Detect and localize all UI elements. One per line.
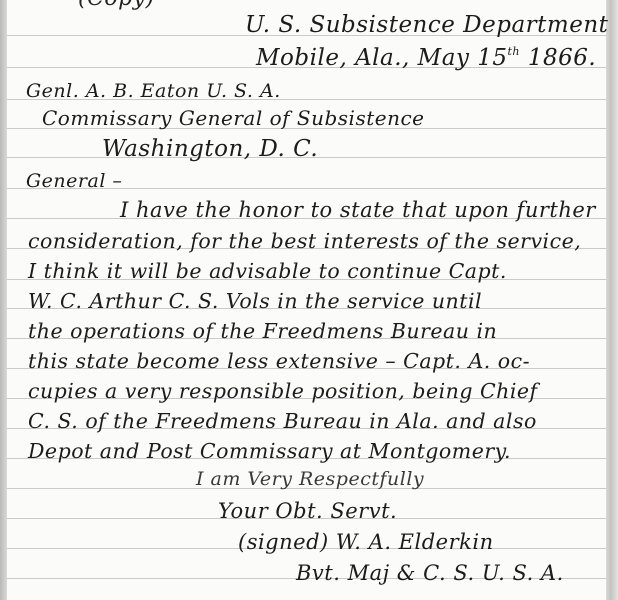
year: 1866. [520, 45, 596, 71]
body-line: Depot and Post Commissary at Montgomery. [28, 439, 511, 463]
recipient-name: Genl. A. B. Eaton U. S. A. [26, 80, 281, 102]
salutation: General – [26, 170, 122, 192]
copy-mark: (Copy) [78, 0, 155, 11]
place-date: Mobile, Ala., May 15 [256, 45, 508, 71]
body-line: W. C. Arthur C. S. Vols in the service u… [28, 289, 482, 313]
closing-servant: Your Obt. Servt. [218, 499, 397, 523]
letterhead-place-date: Mobile, Ala., May 15th 1866. [256, 45, 596, 71]
date-suffix: th [508, 45, 521, 58]
body-line: I have the honor to state that upon furt… [120, 198, 596, 222]
body-line: the operations of the Freedmens Bureau i… [28, 319, 497, 343]
letter-page: (Copy) U. S. Subsistence Department Mobi… [0, 0, 618, 600]
signer-rank: Bvt. Maj & C. S. U. S. A. [296, 561, 564, 585]
body-line: cupies a very responsible position, bein… [28, 379, 538, 403]
body-line: C. S. of the Freedmens Bureau in Ala. an… [28, 409, 537, 433]
body-line: consideration, for the best interests of… [28, 229, 581, 253]
signature: (signed) W. A. Elderkin [238, 530, 494, 554]
letterhead-department: U. S. Subsistence Department [245, 12, 608, 38]
closing-respectfully: I am Very Respectfully [196, 468, 424, 490]
recipient-title: Commissary General of Subsistence [42, 106, 425, 130]
page-right-edge [606, 0, 618, 600]
body-line: I think it will be advisable to continue… [28, 259, 507, 283]
body-line: this state become less extensive – Capt.… [28, 349, 530, 373]
page-left-edge [0, 0, 7, 600]
recipient-location: Washington, D. C. [102, 136, 318, 162]
